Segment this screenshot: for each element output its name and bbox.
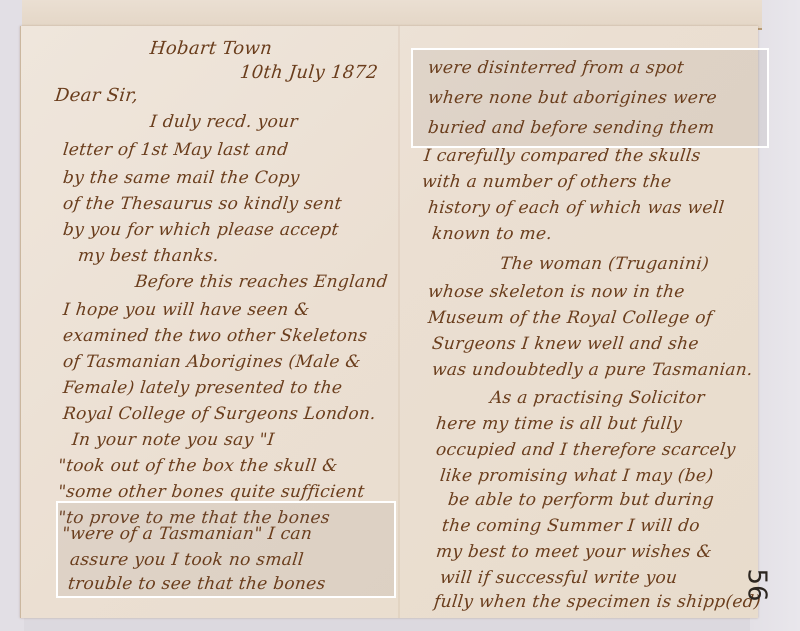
right-line-14: here my time is all but fully bbox=[435, 414, 683, 434]
right-line-7: known to me. bbox=[431, 224, 553, 244]
right-line-6: history of each of which was well bbox=[427, 198, 725, 218]
left-line-14: "took out of the box the skull & bbox=[57, 456, 339, 476]
page-fold bbox=[398, 26, 400, 618]
right-line-5: with a number of others the bbox=[421, 172, 673, 192]
left-line-19: trouble to see that the bones bbox=[67, 574, 327, 594]
left-line-10: of Tasmanian Aborigines (Male & bbox=[62, 352, 362, 372]
left-line-3: by the same mail the Copy bbox=[62, 168, 301, 188]
left-line-9: examined the two other Skeletons bbox=[62, 326, 368, 346]
letter-date: 10th July 1872 bbox=[239, 62, 379, 83]
right-line-10: Museum of the Royal College of bbox=[427, 308, 714, 328]
left-line-15: "some other bones quite sufficient bbox=[57, 482, 366, 502]
right-line-13: As a practising Solicitor bbox=[489, 388, 706, 408]
right-line-21: fully when the specimen is shipp(ed) bbox=[433, 592, 762, 612]
right-line-16: like promising what I may (be) bbox=[439, 466, 714, 486]
left-line-8: I hope you will have seen & bbox=[62, 300, 311, 320]
left-line-7: Before this reaches England bbox=[134, 272, 389, 292]
right-line-12: was undoubtedly a pure Tasmanian. bbox=[431, 360, 754, 380]
left-line-2: letter of 1st May last and bbox=[62, 140, 289, 160]
right-line-2: where none but aborigines were bbox=[427, 88, 718, 108]
right-line-11: Surgeons I knew well and she bbox=[431, 334, 700, 354]
right-line-9: whose skeleton is now in the bbox=[427, 282, 686, 302]
left-line-4: of the Thesaurus so kindly sent bbox=[62, 194, 343, 214]
left-line-6: my best thanks. bbox=[77, 246, 220, 266]
page-number: 56 bbox=[742, 568, 772, 601]
left-line-13: In your note you say "I bbox=[71, 430, 275, 450]
right-line-1: were disinterred from a spot bbox=[427, 58, 685, 78]
letter-place: Hobart Town bbox=[149, 38, 273, 59]
right-line-20: will if successful write you bbox=[439, 568, 678, 588]
right-line-3: buried and before sending them bbox=[427, 118, 716, 138]
left-line-17: "were of a Tasmanian" I can bbox=[61, 524, 313, 544]
right-line-17: be able to perform but during bbox=[447, 490, 715, 510]
left-line-1: I duly recd. your bbox=[149, 112, 299, 132]
left-line-12: Royal College of Surgeons London. bbox=[62, 404, 377, 424]
left-line-11: Female) lately presented to the bbox=[62, 378, 343, 398]
left-line-5: by you for which please accept bbox=[62, 220, 340, 240]
left-line-18: assure you I took no small bbox=[69, 550, 305, 570]
right-line-19: my best to meet your wishes & bbox=[435, 542, 713, 562]
right-line-4: I carefully compared the skulls bbox=[423, 146, 702, 166]
right-line-18: the coming Summer I will do bbox=[441, 516, 701, 536]
right-line-15: occupied and I therefore scarcely bbox=[435, 440, 737, 460]
salutation: Dear Sir, bbox=[54, 85, 139, 106]
right-line-8: The woman (Truganini) bbox=[499, 254, 710, 274]
